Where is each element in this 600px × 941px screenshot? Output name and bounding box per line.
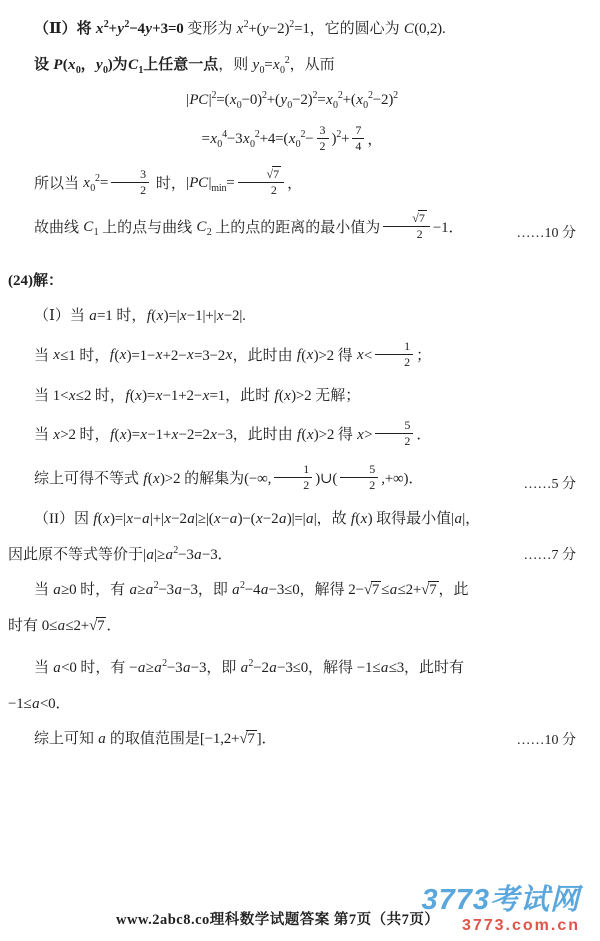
math-run: )∪( [315,471,337,487]
math-run: f(x)=|x−1|+|x−2|. [146,308,245,324]
text-run: ． [106,618,121,634]
text-run: ，则 [218,57,252,73]
text-run: 综上可得不等式 [34,471,143,487]
text-run: （II）因 [34,511,93,527]
text-run: 时， [113,308,147,324]
text-run: 当 [34,388,53,404]
fraction: 32 [111,167,149,198]
text-run: 当 [34,582,53,598]
math-run: a [98,731,106,747]
math-run: (−∞, [244,471,271,487]
math-run: f(x)=x−1+2−x=1 [125,388,225,404]
solution-line: （Ⅰ）当 a=1 时，f(x)=|x−1|+|x−2|. [8,305,576,328]
math-run: −1 [433,219,449,235]
text-run: ，解得 [300,582,349,598]
text-run: ． [448,219,463,235]
text-run: 时，有 [76,582,129,598]
text-run: 所以当 [34,175,83,191]
sqrt-radical: √7 [421,582,438,598]
text-run: ，此时由 [233,347,297,363]
text-run: 因此原不等式等价于 [8,547,143,563]
score-label: ……10 分 [509,730,577,751]
fraction: 32 [317,123,329,154]
line-content: 综上可知 a 的取值范围是[−1,2+√7]． [8,728,509,751]
text-run: ． [218,547,233,563]
fraction: 12 [274,462,312,493]
solution-line: |PC|2=(x0−0)2+(y0−2)2=x02+(x02−2)2 [8,89,576,112]
text-run: 时， [76,427,110,443]
text-run: 综上可知 [34,731,98,747]
solution-line: 当 a≥0 时，有 a≥a2−3a−3，即 a2−4a−3≤0，解得 2−√7≤… [8,579,576,602]
text-run: ． [408,471,423,487]
math-run: 1<x≤2 [53,388,91,404]
math-run: y0=x02 [252,57,290,73]
math-run: ,+∞) [381,471,408,487]
text-run: 上的点的距离的最小值为 [212,219,381,235]
watermark-site-name: 3773考试网 [421,885,580,917]
math-run: f(x) [350,511,372,527]
math-run: C(0,2). [403,21,445,37]
solution-line: 综上可知 a 的取值范围是[−1,2+√7]．……10 分 [8,728,576,751]
text-run: 取得最小值 [372,511,451,527]
bold-text-run: 为 [113,57,128,73]
math-run: f(x)>2 [296,347,334,363]
math-run: −1≤a≤3 [357,660,404,676]
fraction: √72 [383,211,430,242]
math-run: f(x)>2 [143,471,181,487]
watermark-site-url: 3773.com.cn [421,917,580,935]
solution-line: 设 P(x0，y0)为C1上任意一点，则 y0=x02，从而 [8,54,576,77]
line-content: （Ⅱ）将 x2+y2−4y+3=0 变形为 x2+(y−2)2=1，它的圆心为 … [8,18,576,41]
math-run: x≤1 [53,347,76,363]
fraction: 52 [340,462,378,493]
line-content: 因此原不等式等价于|a|≥a2−3a−3． [8,544,516,567]
solution-text-body: （Ⅱ）将 x2+y2−4y+3=0 变形为 x2+(y−2)2=1，它的圆心为 … [8,18,576,751]
score-label: ……10 分 [509,223,577,244]
text-run: 当 [34,347,53,363]
text-run: ，即 [198,582,232,598]
text-run: ． [55,696,70,712]
solution-line: (24)解： [8,270,576,293]
text-run: 故曲线 [34,219,83,235]
text-run: 无解； [311,388,360,404]
document-page: （Ⅱ）将 x2+y2−4y+3=0 变形为 x2+(y−2)2=1，它的圆心为 … [0,0,600,941]
math-run: a≥a2−3a−3 [129,582,198,598]
math-run: =x04−3x02+4=(x02− [202,131,314,147]
bold-text-run: 上任意一点 [143,57,218,73]
text-run: ． [416,427,431,443]
math-run: |PC|2=(x0−0)2+(y0−2)2=x02+(x02−2)2 [186,92,398,108]
text-run: ，故 [317,511,351,527]
solution-line: −1≤a<0． [8,693,576,716]
line-content: 综上可得不等式 f(x)>2 的解集为(−∞,12)∪(52,+∞)． [8,464,516,495]
text-run: ， [367,131,382,147]
math-run: [−1,2+√7] [200,731,262,747]
math-run: −a≥a2−3a−3 [129,660,206,676]
math-run: a≥0 [53,582,77,598]
math-run: f(x)>2 [297,427,335,443]
sqrt-radical: √7 [267,167,282,181]
footer-page-info: www.2abc8.co理科数学试题答案 第7页（共7页） [116,908,439,929]
math-run: 0≤a≤2+√7 [42,618,107,634]
line-content: =x04−3x02+4=(x02−32)2+74， [202,125,383,156]
solution-line: =x04−3x02+4=(x02−32)2+74， [8,125,576,156]
solution-line: 当 a<0 时，有 −a≥a2−3a−3，即 a2−2a−3≤0，解得 −1≤a… [8,657,576,680]
math-run: f(x)=1−x+2−x=3−2x [109,347,232,363]
math-run: a=1 [89,308,113,324]
text-run: 上的点与曲线 [98,219,196,235]
fraction: √72 [238,167,285,198]
line-content: （Ⅰ）当 a=1 时，f(x)=|x−1|+|x−2|. [8,305,576,328]
math-run: f(x)>2 [274,388,312,404]
math-run: C2 [196,219,212,235]
math-run: x02= [83,175,108,191]
line-content: （II）因 f(x)=|x−a|+|x−2a|≥|(x−a)−(x−2a)|=|… [8,508,576,531]
line-content: 当 a≥0 时，有 a≥a2−3a−3，即 a2−4a−3≤0，解得 2−√7≤… [8,579,576,602]
bold-text-run: 设 [34,57,53,73]
text-run: ，此 [439,582,469,598]
solution-line: 当 1<x≤2 时，f(x)=x−1+2−x=1，此时 f(x)>2 无解； [8,385,576,408]
text-run: 得 [334,427,357,443]
solution-line: （Ⅱ）将 x2+y2−4y+3=0 变形为 x2+(y−2)2=1，它的圆心为 … [8,18,576,41]
text-run: 时， [76,347,110,363]
text-run: 当 [34,427,53,443]
fraction: 74 [352,123,364,154]
math-run: −1≤a<0 [8,696,55,712]
text-run: ，此时由 [233,427,297,443]
line-content: 当 1<x≤2 时，f(x)=x−1+2−x=1，此时 f(x)>2 无解； [8,385,576,408]
bold-text-run: (24)解： [8,273,63,289]
math-run: C1 [83,219,99,235]
sqrt-radical: √7 [89,618,106,634]
line-content: 当 a<0 时，有 −a≥a2−3a−3，即 a2−2a−3≤0，解得 −1≤a… [8,657,576,680]
sqrt-radical: √7 [239,731,256,747]
text-run: 的取值范围是 [106,731,200,747]
bold-math-run: C1 [128,57,144,73]
text-run: 时有 [8,618,42,634]
line-content: (24)解： [8,270,576,293]
page-footer: www.2abc8.co理科数学试题答案 第7页（共7页） 3773考试网 37… [0,855,600,941]
line-content: 当 x≤1 时，f(x)=1−x+2−x=3−2x，此时由 f(x)>2 得 x… [8,341,576,372]
math-run: |a|≥a2−3a−3 [143,547,218,563]
math-run: a<0 [53,660,77,676]
math-run: |PC|min= [186,175,235,191]
text-run: ， [465,511,480,527]
line-content: 当 x>2 时，f(x)=x−1+x−2=2x−3，此时由 f(x)>2 得 x… [8,420,576,451]
solution-line: 当 x>2 时，f(x)=x−1+x−2=2x−3，此时由 f(x)>2 得 x… [8,420,576,451]
text-run: 的解集为 [180,471,244,487]
text-run: ； [416,347,431,363]
line-content: 设 P(x0，y0)为C1上任意一点，则 y0=x02，从而 [8,54,576,77]
fraction: 12 [375,339,413,370]
math-run: a2−4a−3≤0 [232,582,300,598]
score-label: ……5 分 [516,474,577,495]
math-run: a2−2a−3≤0 [240,660,308,676]
text-run: 当 [34,660,53,676]
solution-line: 当 x≤1 时，f(x)=1−x+2−x=3−2x，此时由 f(x)>2 得 x… [8,341,576,372]
text-run: （Ⅰ）当 [34,308,89,324]
text-run: 时，有 [77,660,130,676]
math-run: x< [356,347,372,363]
text-run: 变形为 [184,21,237,37]
text-run: ，从而 [290,57,335,73]
math-run: )2+ [332,131,350,147]
line-content: −1≤a<0． [8,693,576,716]
solution-line: 所以当 x02=32 时，|PC|min=√72， [8,169,576,200]
bold-math-run: P(x0，y0) [53,57,113,73]
bold-math-run: x2+y2−4y+3=0 [95,21,183,37]
line-content: |PC|2=(x0−0)2+(y0−2)2=x02+(x02−2)2 [186,89,398,112]
text-run: 时， [91,388,125,404]
text-run: ，此时有 [404,660,464,676]
math-run: f(x)=|x−a|+|x−2a|≥|(x−a)−(x−2a)|=|a| [93,511,317,527]
math-run: x2+(y−2)2=1 [236,21,310,37]
sqrt-radical: √7 [412,211,427,225]
text-run: ，解得 [308,660,357,676]
sqrt-radical: √7 [364,582,381,598]
bold-text-run: （Ⅱ）将 [34,21,95,37]
text-run: 得 [334,347,357,363]
score-label: ……7 分 [516,545,577,566]
text-run: 时， [152,175,186,191]
watermark-logo: 3773考试网 3773.com.cn [421,885,580,935]
solution-line: 综上可得不等式 f(x)>2 的解集为(−∞,12)∪(52,+∞)．……5 分 [8,464,576,495]
math-run: 2−√7≤a≤2+√7 [348,582,438,598]
line-content: 时有 0≤a≤2+√7． [8,615,576,638]
line-content: 故曲线 C1 上的点与曲线 C2 上的点的距离的最小值为√72−1． [8,213,509,244]
math-run: x>2 [53,427,76,443]
text-run: ，此时 [225,388,274,404]
text-run: ，它的圆心为 [310,21,404,37]
solution-line: （II）因 f(x)=|x−a|+|x−2a|≥|(x−a)−(x−2a)|=|… [8,508,576,531]
math-run: |a| [451,511,465,527]
fraction: 52 [375,418,413,449]
line-content: 所以当 x02=32 时，|PC|min=√72， [8,169,576,200]
math-run: f(x)=x−1+x−2=2x−3 [110,427,233,443]
solution-line: 因此原不等式等价于|a|≥a2−3a−3．……7 分 [8,544,576,567]
text-run: ， [287,175,302,191]
solution-line: 故曲线 C1 上的点与曲线 C2 上的点的距离的最小值为√72−1．……10 分 [8,213,576,244]
solution-line: 时有 0≤a≤2+√7． [8,615,576,638]
text-run: ． [261,731,276,747]
text-run: ，即 [206,660,240,676]
math-run: x> [357,427,373,443]
